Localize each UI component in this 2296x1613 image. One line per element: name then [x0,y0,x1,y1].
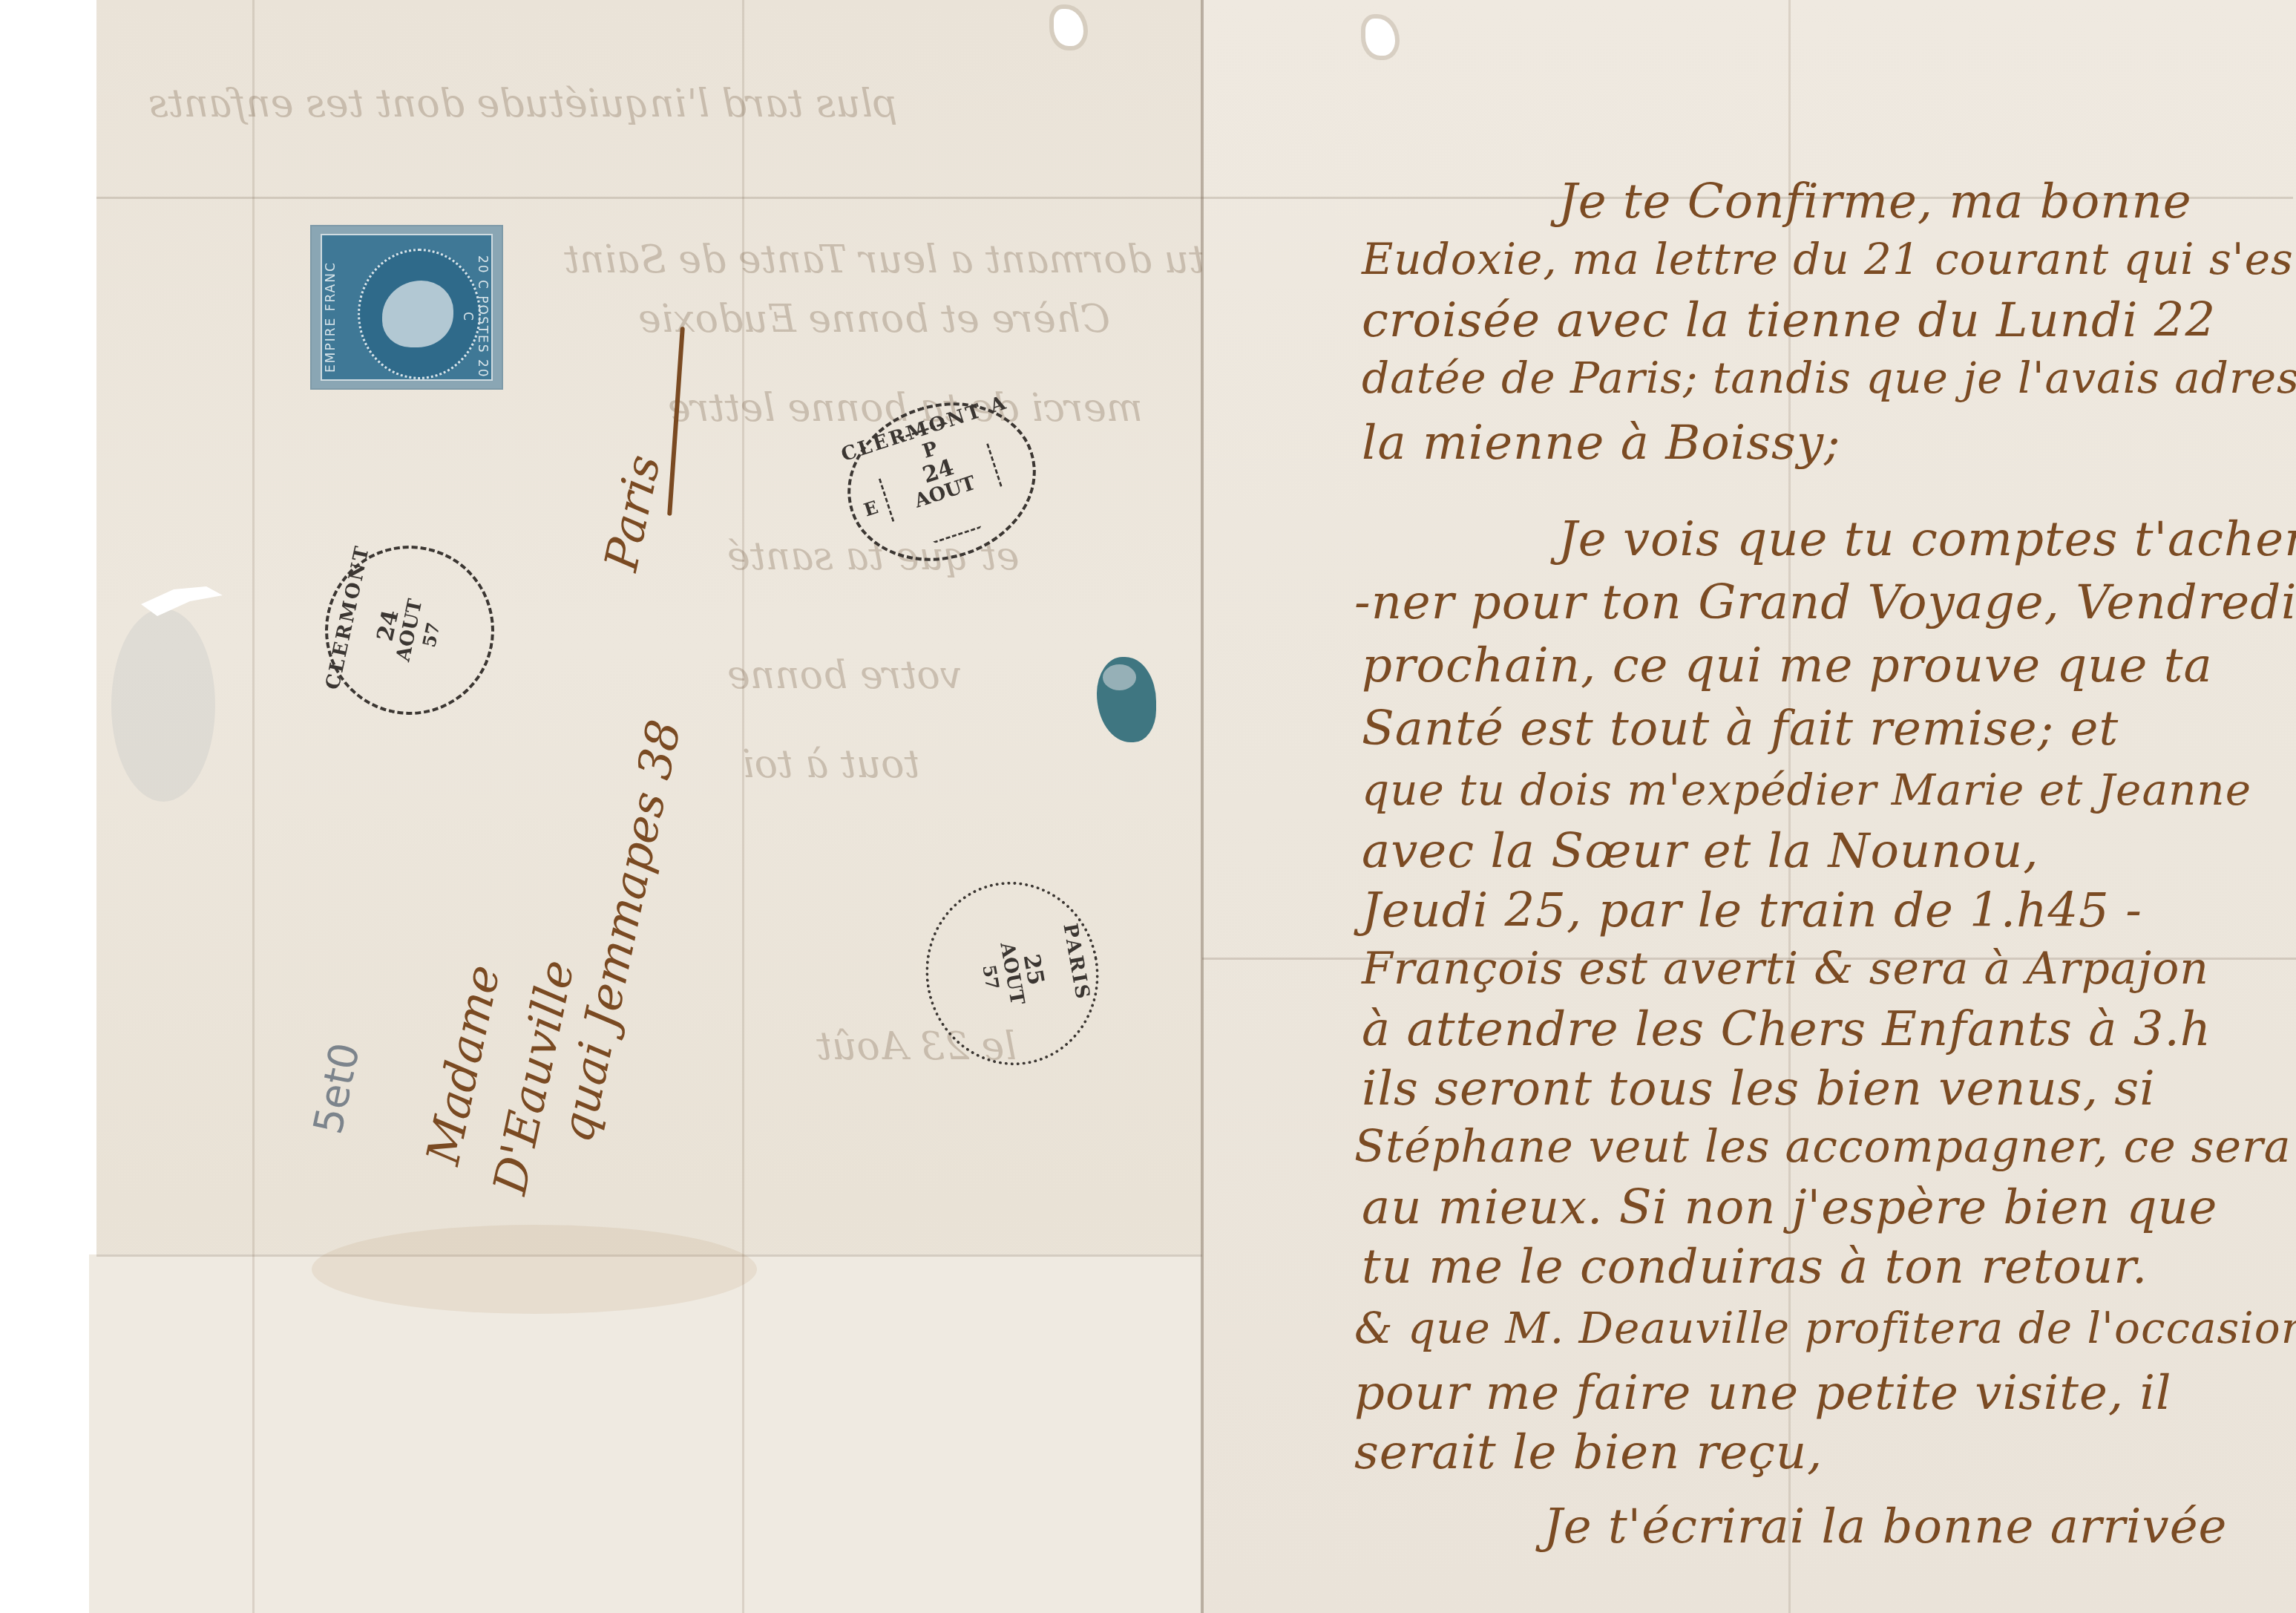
letter-line: à attendre les Chers Enfants à 3.h [1362,1002,2211,1057]
postmark-number: 57 [978,963,1003,992]
letter-line: Je t'écrirai la bonne arrivée [1544,1499,2227,1554]
letter-line: que tu dois m'expédier Marie et Jeanne [1362,765,2251,815]
letter-line: Je te Confirme, ma bonne [1558,174,2192,229]
letter-line: tu me le conduiras à ton retour. [1362,1240,2148,1295]
postmark-number: 57 [418,621,444,650]
water-stain [111,609,215,802]
postmark-letter: E [861,496,880,520]
letter-line: au mieux. Si non j'espère bien que [1362,1180,2217,1235]
napoleon-head-icon [382,281,453,347]
letter-line: serait le bien reçu, [1354,1425,1823,1480]
age-stain [312,1225,757,1314]
letter-line: & que M. Deauville profitera de l'occasi… [1354,1303,2296,1353]
letter-line: ils seront tous les bien venus, si [1362,1061,2156,1116]
letter-line: avec la Sœur et la Nounou, [1362,824,2039,879]
letter-line: prochain, ce qui me prouve que ta [1362,638,2213,693]
fold-line [252,0,255,1613]
letter-line: datée de Paris; tandis que je l'avais ad… [1362,353,2296,403]
letter-line: Eudoxie, ma lettre du 21 courant qui s'e… [1362,234,2296,284]
letter-line: François est averti & sera à Arpajon [1362,943,2209,995]
seal-highlight [1103,664,1136,690]
postage-stamp: EMPIRE FRANC 20 C POSTES 20 C [310,225,503,390]
letter-line: Santé est tout à fait remise; et [1362,701,2119,756]
letter-line: Stéphane veut les accompagner, ce sera [1354,1121,2291,1173]
letter-line: Je vois que tu comptes t'achemi- [1558,512,2296,567]
letter-line: -ner pour ton Grand Voyage, Vendredi [1354,575,2296,630]
stamp-frame: EMPIRE FRANC 20 C POSTES 20 C [321,234,493,381]
stamp-left-text: EMPIRE FRANC [324,250,340,384]
letter-line: Jeudi 25, par le train de 1.h45 - [1362,883,2142,938]
stamp-right-text: 20 C POSTES 20 C [473,250,490,384]
letter-bottom-flap [89,1254,1202,1613]
letter-line: la mienne à Boissy; [1362,416,1841,471]
letter-line: croisée avec la tienne du Lundi 22 [1362,293,2216,348]
letter-line: pour me faire une petite visite, il [1354,1366,2171,1421]
